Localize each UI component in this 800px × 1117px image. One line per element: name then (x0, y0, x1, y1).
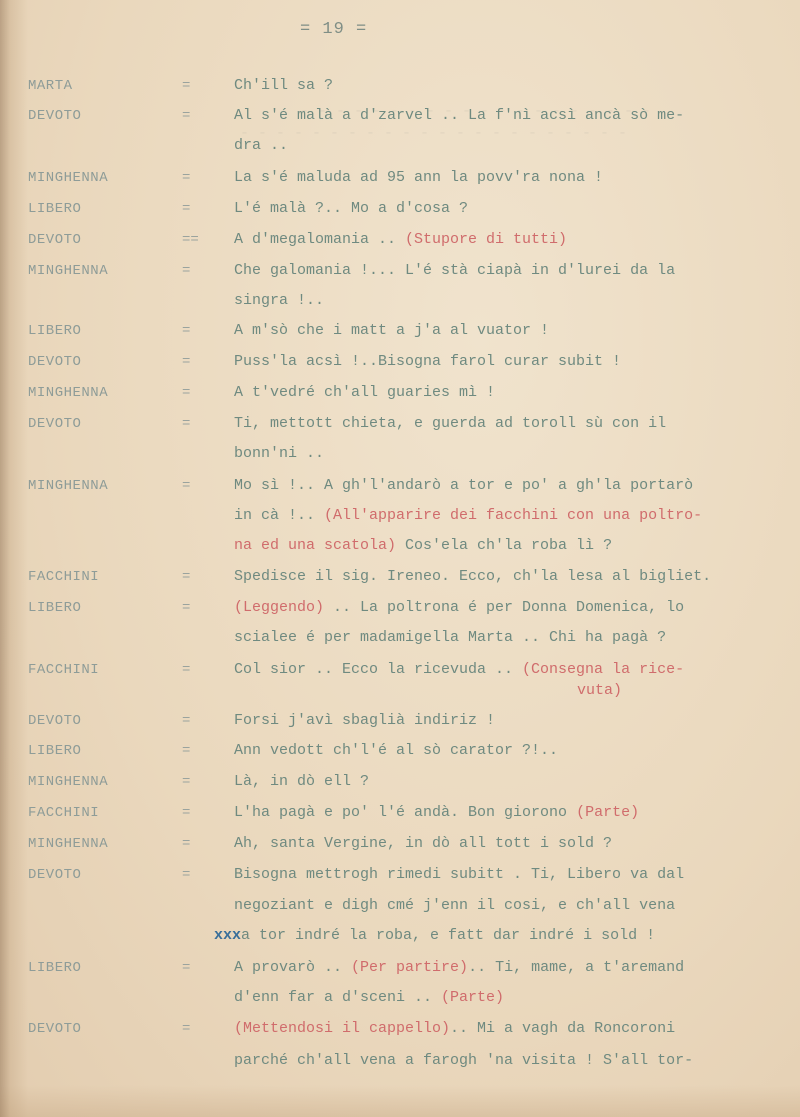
separator: = (182, 105, 190, 127)
speaker-name: FACCHINI (28, 802, 99, 824)
dialogue-text: Bisogna mettrogh rimedi subitt . Ti, Lib… (234, 864, 684, 886)
dialogue-text: Ch'ill sa ? (234, 75, 333, 97)
page-number: = 19 = (300, 20, 367, 39)
dialogue-text: Ti, mettott chieta, e guerda ad toroll s… (234, 413, 666, 435)
dialogue-text: na ed una scatola) Cos'ela ch'la roba lì… (234, 535, 612, 557)
separator: = (182, 566, 190, 588)
dialogue-text: scialee é per madamigella Marta .. Chi h… (234, 627, 666, 649)
dialogue-text: vuta) (577, 680, 622, 702)
speaker-name: DEVOTO (28, 413, 81, 435)
separator: = (182, 957, 190, 979)
separator: = (182, 802, 190, 824)
separator: = (182, 198, 190, 220)
speaker-name: DEVOTO (28, 1018, 81, 1040)
speaker-name: MINGHENNA (28, 167, 108, 189)
typewritten-page: = 19 = - - - - - - - - - - - - - - - - -… (0, 0, 800, 1117)
dialogue-text: (Leggendo) .. La poltrona é per Donna Do… (234, 597, 684, 619)
dialogue-text: Spedisce il sig. Ireneo. Ecco, ch'la les… (234, 566, 711, 588)
dialogue-text: A t'vedré ch'all guaries mì ! (234, 382, 495, 404)
separator: = (182, 1018, 190, 1040)
dialogue-text: (Mettendosi il cappello).. Mi a vagh da … (234, 1018, 675, 1040)
speaker-name: LIBERO (28, 198, 81, 220)
dialogue-text: La s'é maluda ad 95 ann la povv'ra nona … (234, 167, 603, 189)
dialogue-text: A d'megalomania .. (Stupore di tutti) (234, 229, 567, 251)
dialogue-text: Ann vedott ch'l'é al sò carator ?!.. (234, 740, 558, 762)
stage-direction: (Parte) (576, 804, 639, 821)
separator: = (182, 740, 190, 762)
speaker-name: DEVOTO (28, 710, 81, 732)
dialogue-text: singra !.. (234, 290, 324, 312)
separator: = (182, 413, 190, 435)
separator: = (182, 475, 190, 497)
speaker-name: MINGHENNA (28, 260, 108, 282)
speaker-name: LIBERO (28, 320, 81, 342)
stage-direction: na ed una scatola) (234, 537, 396, 554)
speaker-name: DEVOTO (28, 105, 81, 127)
stage-direction: (All'apparire dei facchini con una poltr… (324, 507, 702, 524)
dialogue-text: negoziant e digh cmé j'enn il cosi, e ch… (234, 895, 675, 917)
speaker-name: DEVOTO (28, 351, 81, 373)
dialogue-text: Al s'é malà a d'zarvel .. La f'nì acsì a… (234, 105, 684, 127)
dialogue-text: A m'sò che i matt a j'a al vuator ! (234, 320, 549, 342)
dialogue-text: L'é malà ?.. Mo a d'cosa ? (234, 198, 468, 220)
dialogue-text: Che galomania !... L'é stà ciapà in d'lu… (234, 260, 675, 282)
dialogue-text: Col sior .. Ecco la ricevuda .. (Consegn… (234, 659, 684, 681)
separator: == (182, 229, 199, 251)
separator: = (182, 260, 190, 282)
dialogue-text: L'ha pagà e po' l'é andà. Bon giorono (P… (234, 802, 639, 824)
speaker-name: MINGHENNA (28, 475, 108, 497)
separator: = (182, 771, 190, 793)
dialogue-text: dra .. (234, 135, 288, 157)
stage-direction: (Consegna la rice- (522, 661, 684, 678)
speaker-name: MINGHENNA (28, 833, 108, 855)
speaker-name: DEVOTO (28, 864, 81, 886)
dialogue-text: in cà !.. (All'apparire dei facchini con… (234, 505, 702, 527)
dialogue-text: parché ch'all vena a farogh 'na visita !… (234, 1050, 693, 1072)
stage-direction: (Stupore di tutti) (405, 231, 567, 248)
strikeout-correction: xxx (214, 927, 241, 944)
separator: = (182, 75, 190, 97)
speaker-name: FACCHINI (28, 566, 99, 588)
separator: = (182, 659, 190, 681)
bleed-through-text: - - - - - - - - - - - - - - - - - - - - … (240, 125, 627, 142)
speaker-name: MINGHENNA (28, 771, 108, 793)
dialogue-text: Ah, santa Vergine, in dò all tott i sold… (234, 833, 612, 855)
speaker-name: LIBERO (28, 740, 81, 762)
speaker-name: LIBERO (28, 957, 81, 979)
separator: = (182, 167, 190, 189)
stage-direction: (Leggendo) (234, 599, 324, 616)
speaker-name: DEVOTO (28, 229, 81, 251)
dialogue-text: Là, in dò ell ? (234, 771, 369, 793)
dialogue-text: Forsi j'avì sbaglià indiriz ! (234, 710, 495, 732)
speaker-name: FACCHINI (28, 659, 99, 681)
stage-direction: vuta) (577, 682, 622, 699)
speaker-name: MARTA (28, 75, 73, 97)
separator: = (182, 382, 190, 404)
stage-direction: (Per partire) (351, 959, 468, 976)
stage-direction: (Parte) (441, 989, 504, 1006)
separator: = (182, 320, 190, 342)
speaker-name: LIBERO (28, 597, 81, 619)
dialogue-text: A provarò .. (Per partire).. Ti, mame, a… (234, 957, 684, 979)
separator: = (182, 351, 190, 373)
separator: = (182, 864, 190, 886)
dialogue-text: xxxa tor indré la roba, e fatt dar indré… (214, 925, 655, 947)
separator: = (182, 710, 190, 732)
dialogue-text: Mo sì !.. A gh'l'andarò a tor e po' a gh… (234, 475, 693, 497)
separator: = (182, 833, 190, 855)
dialogue-text: Puss'la acsì !..Bisogna farol curar subi… (234, 351, 621, 373)
dialogue-text: bonn'ni .. (234, 443, 324, 465)
separator: = (182, 597, 190, 619)
dialogue-text: d'enn far a d'sceni .. (Parte) (234, 987, 504, 1009)
speaker-name: MINGHENNA (28, 382, 108, 404)
stage-direction: (Mettendosi il cappello) (234, 1020, 450, 1037)
